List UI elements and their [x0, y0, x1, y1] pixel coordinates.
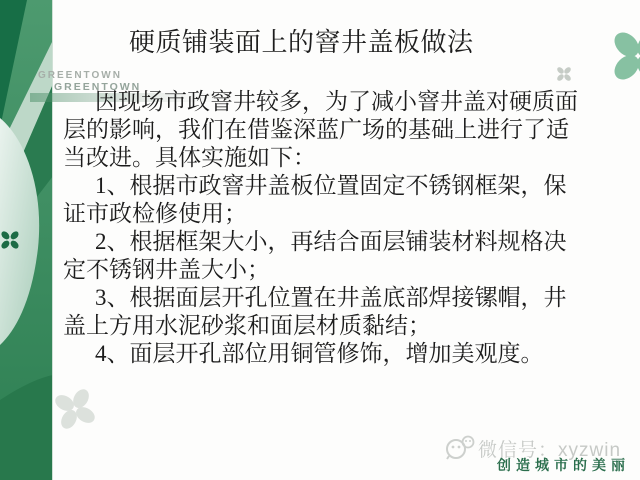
- body-line: 当改进。具体实施如下：: [63, 144, 577, 172]
- slide-body: 因现场市政窨井较多，为了减小窨井盖对硬质面 层的影响，我们在借鉴深蓝广场的基础上…: [63, 88, 577, 368]
- body-line: 证市政检修使用；: [63, 200, 577, 228]
- body-line: 2、根据框架大小，再结合面层铺装材料规格决: [63, 228, 577, 256]
- body-line: 因现场市政窨井较多，为了减小窨井盖对硬质面: [63, 88, 577, 116]
- body-line: 盖上方用水泥砂浆和面层材质黏结；: [63, 312, 577, 340]
- sparkle-clover-icon: [554, 64, 574, 84]
- body-line: 定不锈钢井盖大小；: [63, 256, 577, 284]
- wechat-icon: [444, 434, 476, 462]
- greentown-brand-text: GREENTOWN: [38, 70, 122, 81]
- clover-icon: [52, 386, 98, 432]
- slide-canvas: GREENTOWN GREENTOWN 硬质铺装面上的窨井盖板做法 因现场市政窨…: [0, 0, 640, 480]
- slide-title: 硬质铺装面上的窨井盖板做法: [129, 22, 474, 59]
- body-line: 层的影响，我们在借鉴深蓝广场的基础上进行了适: [63, 116, 577, 144]
- body-line: 4、面层开孔部位用铜管修饰，增加美观度。: [63, 340, 577, 368]
- body-line: 3、根据面层开孔位置在井盖底部焊接镙帽，井: [63, 284, 577, 312]
- clover-icon: [606, 24, 640, 88]
- body-line: 1、根据市政窨井盖板位置固定不锈钢框架，保: [63, 172, 577, 200]
- footer-slogan: 创造城市的美丽: [497, 455, 630, 475]
